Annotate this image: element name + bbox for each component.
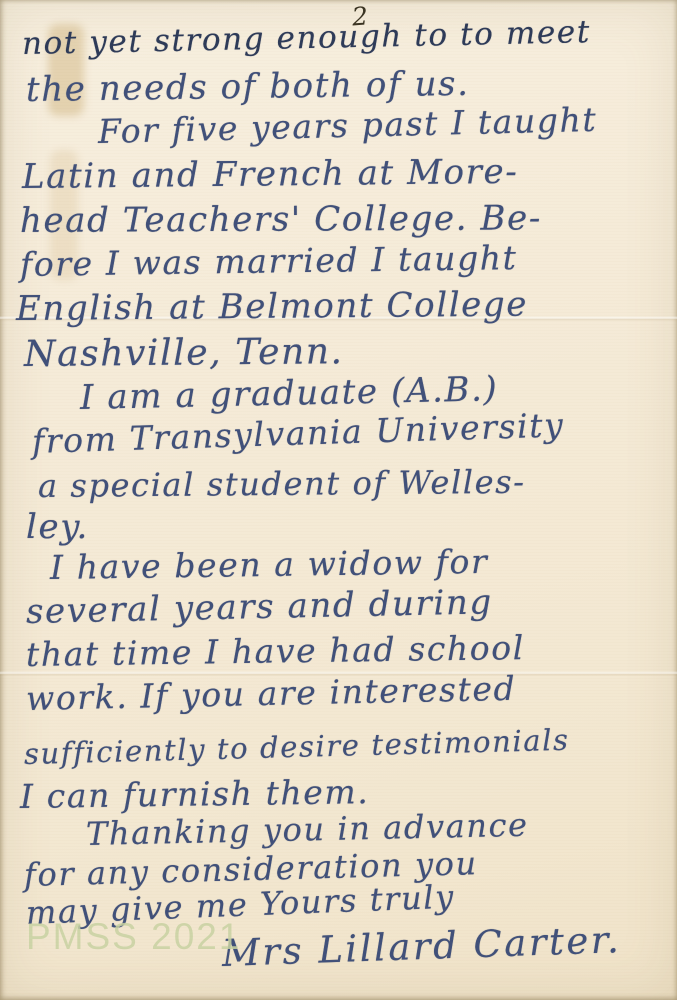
- handwriting-line: fore I was married I taught: [20, 238, 518, 284]
- handwriting-line: Latin and French at More-: [22, 152, 519, 197]
- handwriting-line: a special student of Welles-: [38, 463, 526, 505]
- handwriting-line: not yet strong enough to to meet: [22, 14, 592, 62]
- handwriting-line: sufficiently to desire testimonials: [24, 723, 570, 771]
- signature-line: Mrs Lillard Carter.: [221, 918, 622, 975]
- handwriting-line: several years and during: [26, 582, 494, 632]
- handwriting-line: that time I have had school: [26, 628, 525, 674]
- handwriting-line: ley.: [26, 507, 89, 547]
- letter-page: 2 not yet strong enough to to meet the n…: [0, 0, 677, 1000]
- handwriting-line: Nashville, Tenn.: [24, 331, 344, 375]
- pmss-watermark: PMSS 2021: [26, 916, 241, 958]
- handwriting-line: English at Belmont College: [16, 285, 528, 329]
- handwriting-line: I have been a widow for: [50, 542, 489, 587]
- handwriting-line: head Teachers' College. Be-: [20, 198, 542, 241]
- handwriting-line: work. If you are interested: [26, 669, 517, 718]
- handwriting-line: the needs of both of us.: [26, 64, 470, 110]
